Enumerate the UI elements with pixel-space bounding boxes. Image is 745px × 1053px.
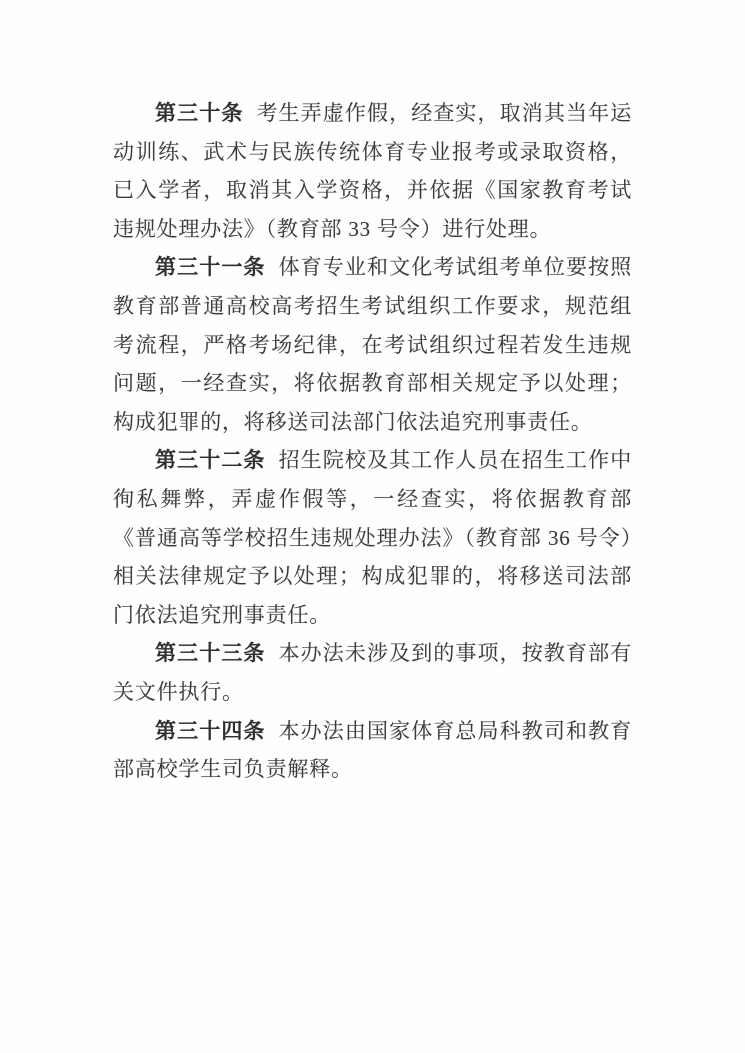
article-32-text: 招生院校及其工作人员在招生工作中徇私舞弊，弄虚作假等，一经查实，将依据教育部《普… bbox=[113, 448, 632, 626]
article-30-number: 第三十条 bbox=[155, 101, 243, 125]
article-32-paragraph: 第三十二条招生院校及其工作人员在招生工作中徇私舞弊，弄虚作假等，一经查实，将依据… bbox=[113, 441, 632, 634]
document-page: 第三十条考生弄虚作假，经查实，取消其当年运动训练、武术与民族传统体育专业报考或录… bbox=[0, 0, 745, 1053]
article-34-number: 第三十四条 bbox=[155, 719, 266, 743]
article-33-paragraph: 第三十三条本办法未涉及到的事项，按教育部有关文件执行。 bbox=[113, 634, 632, 711]
article-31-number: 第三十一条 bbox=[155, 255, 266, 279]
article-33-number: 第三十三条 bbox=[155, 641, 266, 665]
article-31-paragraph: 第三十一条体育专业和文化考试组考单位要按照教育部普通高校高考招生考试组织工作要求… bbox=[113, 248, 632, 441]
article-32-number: 第三十二条 bbox=[155, 448, 266, 472]
article-31-text: 体育专业和文化考试组考单位要按照教育部普通高校高考招生考试组织工作要求，规范组考… bbox=[113, 255, 632, 433]
article-30-paragraph: 第三十条考生弄虚作假，经查实，取消其当年运动训练、武术与民族传统体育专业报考或录… bbox=[113, 94, 632, 248]
article-34-paragraph: 第三十四条本办法由国家体育总局科教司和教育部高校学生司负责解释。 bbox=[113, 712, 632, 789]
